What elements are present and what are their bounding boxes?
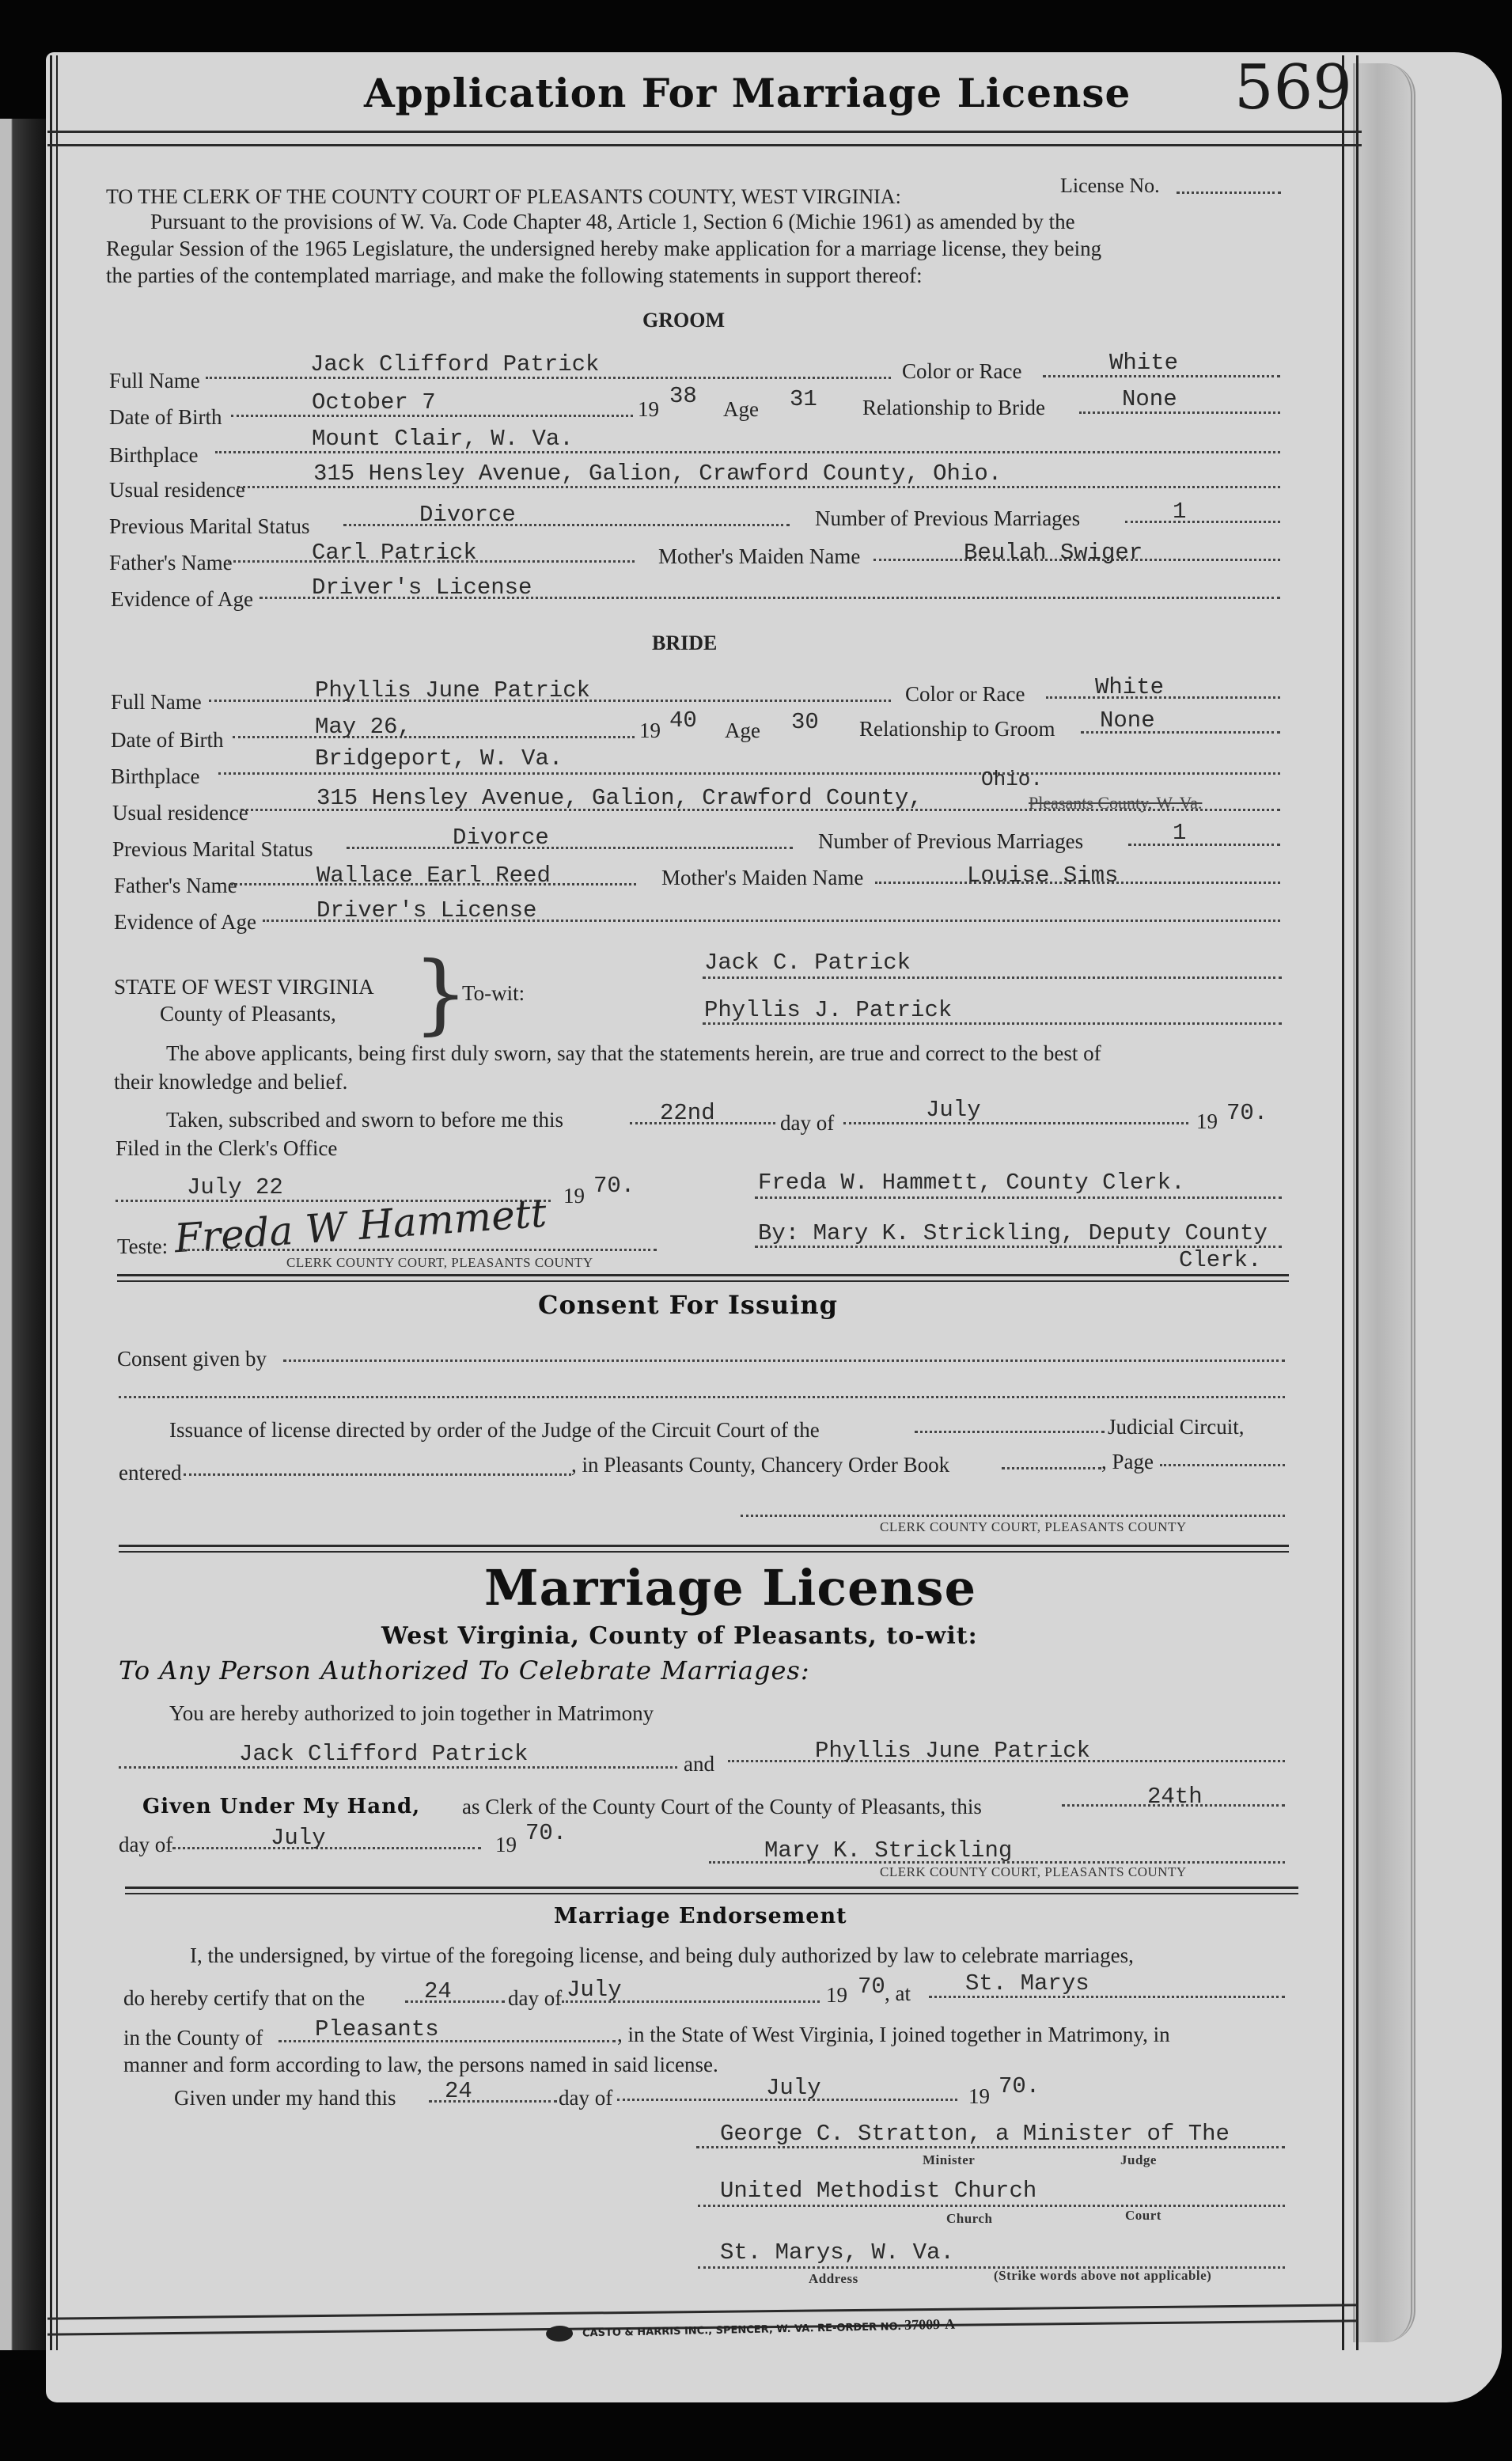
consent-given-by-label: Consent given by [117,1347,267,1371]
bride-dob[interactable]: May 26, [315,714,411,740]
clerk-name-line [755,1196,1282,1199]
right-margin-rule-outer [1356,55,1359,2350]
section-rule-1a [117,1274,1289,1276]
page-field[interactable] [1160,1464,1285,1466]
groom-heading: GROOM [642,309,725,332]
bride-birthplace-line [218,772,1280,775]
church-caption: Church [946,2211,992,2227]
intro-paragraph-line1: Pursuant to the provisions of W. Va. Cod… [150,210,1075,234]
sworn-year-prefix: 19 [1196,1109,1218,1134]
deputy-line1[interactable]: By: Mary K. Strickling, Deputy County [758,1220,1268,1246]
bride-num-marriages-label: Number of Previous Marriages [818,829,1083,854]
groom-full-name-label: Full Name [109,369,200,393]
judge-caption: Judge [1120,2152,1157,2168]
teste-clerk-caption: CLERK COUNTY COURT, PLEASANTS COUNTY [286,1255,593,1271]
strike-note: (Strike words above not applicable) [994,2268,1211,2284]
groom-father-label: Father's Name [109,551,233,575]
filed-date[interactable]: July 22 [187,1174,283,1200]
given-year[interactable]: 70. [999,2073,1040,2099]
endorse-year[interactable]: 70 [858,1974,885,2000]
signer1-line [703,976,1282,979]
clerk-text: as Clerk of the County Court of the Coun… [462,1795,982,1819]
officiant[interactable]: George C. Stratton, a Minister of The [720,2121,1230,2147]
groom-year-prefix: 19 [638,397,659,422]
given-month[interactable]: July [766,2075,821,2101]
issue-month-line [172,1847,481,1849]
endorsement-heading: Marriage Endorsement [554,1904,847,1928]
section-rule-2a [119,1545,1289,1547]
groom-color-race-label: Color or Race [902,359,1021,384]
endorse-manner-text: manner and form according to law, the pe… [123,2053,718,2077]
bride-full-name[interactable]: Phyllis June Patrick [315,677,590,703]
addressee: TO THE CLERK OF THE COUNTY COURT OF PLEA… [106,185,901,209]
bride-dob-line [233,736,635,738]
bride-birthplace[interactable]: Bridgeport, W. Va. [315,745,563,772]
signer1[interactable]: Jack C. Patrick [704,950,911,976]
groom-marital-status[interactable]: Divorce [419,502,516,528]
court-caption: Court [1125,2208,1161,2224]
judicial-circuit-label: Judicial Circuit, [1108,1415,1244,1439]
bride-marital-status-line [347,847,793,849]
certify-label: do hereby certify that on the [123,1986,365,2011]
filed-year[interactable]: 70. [593,1173,635,1199]
page-number: 569 [1234,52,1352,123]
church[interactable]: United Methodist Church [720,2178,1036,2204]
bride-father-label: Father's Name [114,874,237,898]
consent-clerk-caption: CLERK COUNTY COURT, PLEASANTS COUNTY [880,1519,1187,1535]
filed-year-prefix: 19 [563,1184,585,1208]
bride-color-race-label: Color or Race [905,682,1025,707]
license-year-prefix: 19 [495,1833,517,1857]
sworn-day[interactable]: 22nd [660,1100,715,1126]
endorse-state-text: , in the State of West Virginia, I joine… [617,2023,1170,2047]
bride-evidence-label: Evidence of Age [114,910,256,935]
circuit-field[interactable] [915,1431,1105,1433]
groom-evidence-label: Evidence of Age [111,587,253,612]
reorder-number: 37009-A [904,2316,955,2333]
bride-color-race[interactable]: White [1095,674,1164,700]
bride-residence-addendum[interactable]: Ohio. [981,768,1043,791]
groom-mother-label: Mother's Maiden Name [658,544,860,569]
license-clerk-signature[interactable]: Mary K. Strickling [764,1837,1012,1864]
page-edge-stack [1353,63,1415,2342]
license-no-label: License No. [1060,174,1160,198]
groom-birthplace[interactable]: Mount Clair, W. Va. [312,426,574,452]
endorsement-line1: I, the undersigned, by virtue of the for… [190,1943,1134,1968]
entered-field[interactable] [184,1473,571,1476]
endorse-year-prefix: 19 [826,1983,847,2008]
groom-father[interactable]: Carl Patrick [312,540,477,566]
groom-age[interactable]: 31 [790,386,817,412]
bride-marital-status[interactable]: Divorce [453,825,549,851]
sworn-month-line [843,1122,1188,1124]
bride-residence-label: Usual residence [112,801,248,825]
given-under-my-hand: Given Under My Hand, [142,1795,420,1818]
entered-label: entered [119,1461,181,1485]
bride-residence-struck: Pleasants County, W. Va. [1029,793,1202,813]
county-label: County of Pleasants, [160,1002,336,1026]
to-wit-label: To-wit: [462,981,525,1006]
endorse-day-of-label: day of [508,1986,562,2011]
signer2[interactable]: Phyllis J. Patrick [704,997,952,1023]
teste-line [182,1249,657,1251]
consent-given-by-field-2[interactable] [119,1396,1285,1398]
bride-num-marriages[interactable]: 1 [1173,820,1186,846]
bride-dob-year[interactable]: 40 [669,707,697,734]
endorse-month[interactable]: July [567,1977,622,2003]
consent-clerk-signature-line[interactable] [741,1515,1285,1517]
endorse-day[interactable]: 24 [424,1978,452,2004]
filed-label: Filed in the Clerk's Office [116,1136,337,1161]
bride-age-label: Age [725,719,760,743]
license-heading: Marriage License [484,1559,976,1617]
sworn-month[interactable]: July [926,1097,981,1123]
groom-color-race[interactable]: White [1109,350,1178,376]
groom-marital-status-label: Previous Marital Status [109,514,309,539]
bride-mother-label: Mother's Maiden Name [661,866,863,890]
sworn-label: Taken, subscribed and sworn to before me… [166,1108,563,1132]
bride-num-marriages-line [1128,844,1280,846]
page-title: Application For Marriage License [364,70,1131,116]
left-margin-rule [50,55,52,2350]
oath-line1: The above applicants, being first duly s… [166,1041,1101,1066]
endorse-county[interactable]: Pleasants [315,2016,439,2042]
given-day-of-label: day of [559,2086,612,2110]
groom-num-marriages[interactable]: 1 [1173,499,1186,525]
minister-caption: Minister [923,2152,975,2168]
endorse-at-label: , at [885,1981,911,2006]
groom-mother[interactable]: Beulah Swiger [964,540,1143,566]
license-no-field[interactable] [1177,191,1281,194]
groom-relationship-line [1079,411,1280,414]
consent-heading: Consent For Issuing [538,1290,838,1320]
bride-age[interactable]: 30 [791,709,819,735]
intro-paragraph-line2: Regular Session of the 1965 Legislature,… [106,237,1101,261]
state-label: STATE OF WEST VIRGINIA [114,975,374,999]
printer-logo-icon [546,2326,573,2342]
address-caption: Address [809,2271,858,2287]
groom-residence[interactable]: 315 Hensley Avenue, Galion, Crawford Cou… [313,461,1002,487]
license-party2[interactable]: Phyllis June Patrick [815,1738,1090,1764]
groom-full-name[interactable]: Jack Clifford Patrick [310,351,599,377]
groom-dob[interactable]: October 7 [312,389,436,415]
bride-mother[interactable]: Louise Sims [967,863,1118,889]
groom-relationship[interactable]: None [1122,386,1177,412]
bride-heading: BRIDE [652,631,717,655]
bride-relationship-label: Relationship to Groom [859,717,1055,741]
license-party1[interactable]: Jack Clifford Patrick [239,1741,528,1767]
endorse-county-label: in the County of [123,2026,263,2050]
bride-evidence[interactable]: Driver's License [316,897,536,923]
endorse-place[interactable]: St. Marys [965,1970,1089,1996]
groom-dob-year[interactable]: 38 [669,383,697,409]
bride-dob-label: Date of Birth [111,728,223,753]
groom-marital-status-line [343,524,790,526]
bride-full-name-label: Full Name [111,690,202,715]
license-subheading: West Virginia, County of Pleasants, to-w… [381,1622,978,1650]
groom-birthplace-label: Birthplace [109,443,198,468]
bride-residence[interactable]: 315 Hensley Avenue, Galion, Crawford Cou… [316,785,923,811]
sworn-year[interactable]: 70. [1226,1100,1268,1126]
bride-marital-status-label: Previous Marital Status [112,837,313,862]
given-year-prefix: 19 [968,2084,990,2109]
groom-evidence[interactable]: Driver's License [312,574,532,601]
bride-birthplace-label: Birthplace [111,764,199,789]
issuance-text: Issuance of license directed by order of… [169,1418,820,1443]
oath-line2: their knowledge and belief. [114,1070,347,1094]
groom-num-marriages-label: Number of Previous Marriages [815,506,1080,531]
issue-day[interactable]: 24th [1147,1784,1203,1810]
bride-year-prefix: 19 [639,719,661,743]
deputy-line2[interactable]: Clerk. [1179,1247,1261,1273]
section-rule-2b [119,1551,1289,1553]
sworn-day-of-label: day of [780,1111,834,1136]
section-rule-3b [125,1893,1298,1894]
groom-age-label: Age [723,397,759,422]
license-clerk-caption: CLERK COUNTY COURT, PLEASANTS COUNTY [880,1864,1187,1880]
consent-given-by-field[interactable] [283,1359,1285,1362]
left-margin-rule-inner [56,55,58,2350]
section-rule-3a [125,1887,1298,1889]
groom-residence-label: Usual residence [109,478,245,502]
authorized-text: You are hereby authorized to join togeth… [169,1701,654,1726]
page-label: , Page [1101,1450,1154,1474]
given-day[interactable]: 24 [445,2078,472,2104]
bracket: } [413,950,468,1037]
and-label: and [684,1752,714,1777]
header-rule-1 [47,131,1362,133]
intro-paragraph-line3: the parties of the contemplated marriage… [106,264,923,288]
groom-dob-label: Date of Birth [109,405,222,430]
church-line [698,2205,1285,2207]
header-rule-2 [47,144,1362,146]
section-rule-1b [117,1280,1289,1282]
bride-father[interactable]: Wallace Earl Reed [316,863,551,889]
license-salutation: To Any Person Authorized To Celebrate Ma… [119,1655,810,1686]
right-margin-rule [1342,55,1344,2350]
license-day-of-label: day of [119,1833,172,1857]
groom-num-marriages-line [1125,521,1280,523]
teste-label: Teste: [117,1234,168,1259]
issue-year[interactable]: 70. [525,1820,567,1846]
address[interactable]: St. Marys, W. Va. [720,2239,954,2266]
given-under-hand-label: Given under my hand this [174,2086,396,2110]
endorse-day-line [405,2000,505,2003]
chancery-text: , in Pleasants County, Chancery Order Bo… [571,1453,949,1477]
clerk-name[interactable]: Freda W. Hammett, County Clerk. [758,1170,1185,1196]
order-book-field[interactable] [1002,1467,1101,1469]
groom-relationship-label: Relationship to Bride [862,396,1045,420]
issue-month[interactable]: July [271,1825,326,1851]
bride-relationship[interactable]: None [1100,707,1155,734]
